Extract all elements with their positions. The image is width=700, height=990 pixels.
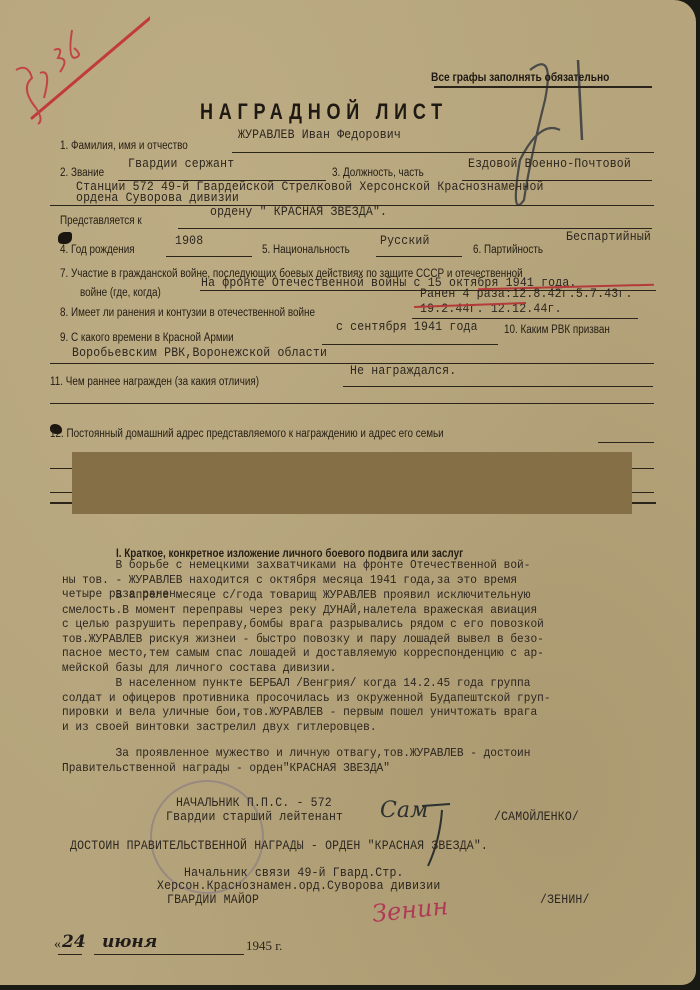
field-11-line2 <box>50 403 654 404</box>
date-day-line <box>58 954 82 955</box>
field-10-value: Воробьевским РВК,Воронежской области <box>72 346 327 360</box>
signer-2-name: /ЗЕНИН/ <box>540 893 590 907</box>
presented-line <box>178 228 652 229</box>
signer-1-name: /САМОЙЛЕНКО/ <box>494 810 579 824</box>
field-5-line <box>376 256 462 257</box>
field-3-label: 3. Должность, часть <box>332 167 424 179</box>
conclusion-text: ДОСТОИН ПРАВИТЕЛЬСТВЕННОЙ НАГРАДЫ - ОРДЕ… <box>70 839 488 853</box>
signer-1-title-line1: НАЧАЛЬНИК П.П.С. - 572 <box>176 796 332 810</box>
field-10-label: 10. Каким РВК призван <box>504 324 610 336</box>
signer-2-title-line1: Начальник связи 49-й Гвард.Стр. <box>184 866 404 880</box>
page-title: НАГРАДНОЙ ЛИСТ <box>200 99 448 125</box>
paragraph-2: В апреле месяце с/года товарищ ЖУРАВЛЕВ … <box>62 588 544 675</box>
field-5-label: 5. Национальность <box>262 244 350 256</box>
signer-2-title-line3: ГВАРДИИ МАЙОР <box>167 893 259 907</box>
field-11-label: 11. Чем раннее награжден (за какия отлич… <box>50 376 259 388</box>
field-6-label: 6. Партийность <box>473 244 543 256</box>
paragraph-4: За проявленное мужество и личную отвагу,… <box>62 746 530 775</box>
field-6-value: Беспартийный <box>566 230 651 244</box>
field-5-value: Русский <box>380 234 430 248</box>
signer-2-title-line2: Херсон.Краснознамен.орд.Суворова дивизии <box>157 879 440 893</box>
date-year: 1945 г. <box>246 938 282 954</box>
field-2-value: Гвардии сержант <box>128 157 234 171</box>
paragraph-3: В населенном пункте БЕРБАЛ /Венгрия/ ког… <box>62 676 551 734</box>
field-1-label: 1. Фамилия, имя и отчество <box>60 140 188 152</box>
field-7-label-line2: войне (где, когда) <box>80 287 161 299</box>
date-day: 24 <box>62 932 86 952</box>
field-9-label: 9. С какого времени в Красной Армии <box>60 332 234 344</box>
presented-label: Представляется к <box>60 215 142 227</box>
award-sheet-document: Ж 3б 81 Все графы заполнять обязательно … <box>0 0 696 985</box>
field-8-line <box>412 318 638 319</box>
field-4-line <box>166 256 252 257</box>
field-9-line <box>322 344 498 345</box>
field-4-label: 4. Год рождения <box>60 244 135 256</box>
field-12-line <box>598 442 654 443</box>
field-3-value: Ездовой Военно-Почтовой <box>468 157 631 171</box>
instruction-underline <box>434 86 652 88</box>
field-9-value: с сентября 1941 года <box>336 320 478 334</box>
red-pencil-margin-mark-icon <box>10 8 150 128</box>
instruction-text: Все графы заполнять обязательно <box>431 70 609 84</box>
signer-1-title-line2: Гвардии старший лейтенант <box>166 810 343 824</box>
ink-blot <box>58 232 72 244</box>
presented-value: ордену " КРАСНАЯ ЗВЕЗДА". <box>210 205 387 219</box>
field-1-line <box>232 152 654 153</box>
field-11-line <box>343 386 653 387</box>
redacted-address-block <box>72 452 632 514</box>
date-month: июня <box>102 932 157 952</box>
field-8-value-line1: Ранен 4 раза:12.8.42г.5.7.43г. <box>420 287 633 301</box>
field-8-label: 8. Имеет ли ранения и контузии в отечест… <box>60 307 315 319</box>
field-4-value: 1908 <box>175 234 203 248</box>
field-2-label: 2. Звание <box>60 167 104 179</box>
signer-2-signature: Зенин <box>371 892 450 928</box>
field-11-value: Не награждался. <box>350 364 456 378</box>
field-3-value-line3: ордена Суворова дивизии <box>76 191 239 205</box>
date-month-line <box>94 954 244 955</box>
field-12-label: 12. Постоянный домашний адрес представля… <box>50 428 444 440</box>
field-1-value: ЖУРАВЛЕВ Иван Федорович <box>238 128 401 142</box>
date-open-quote: « <box>54 937 61 953</box>
signature-stroke-icon <box>420 800 460 870</box>
